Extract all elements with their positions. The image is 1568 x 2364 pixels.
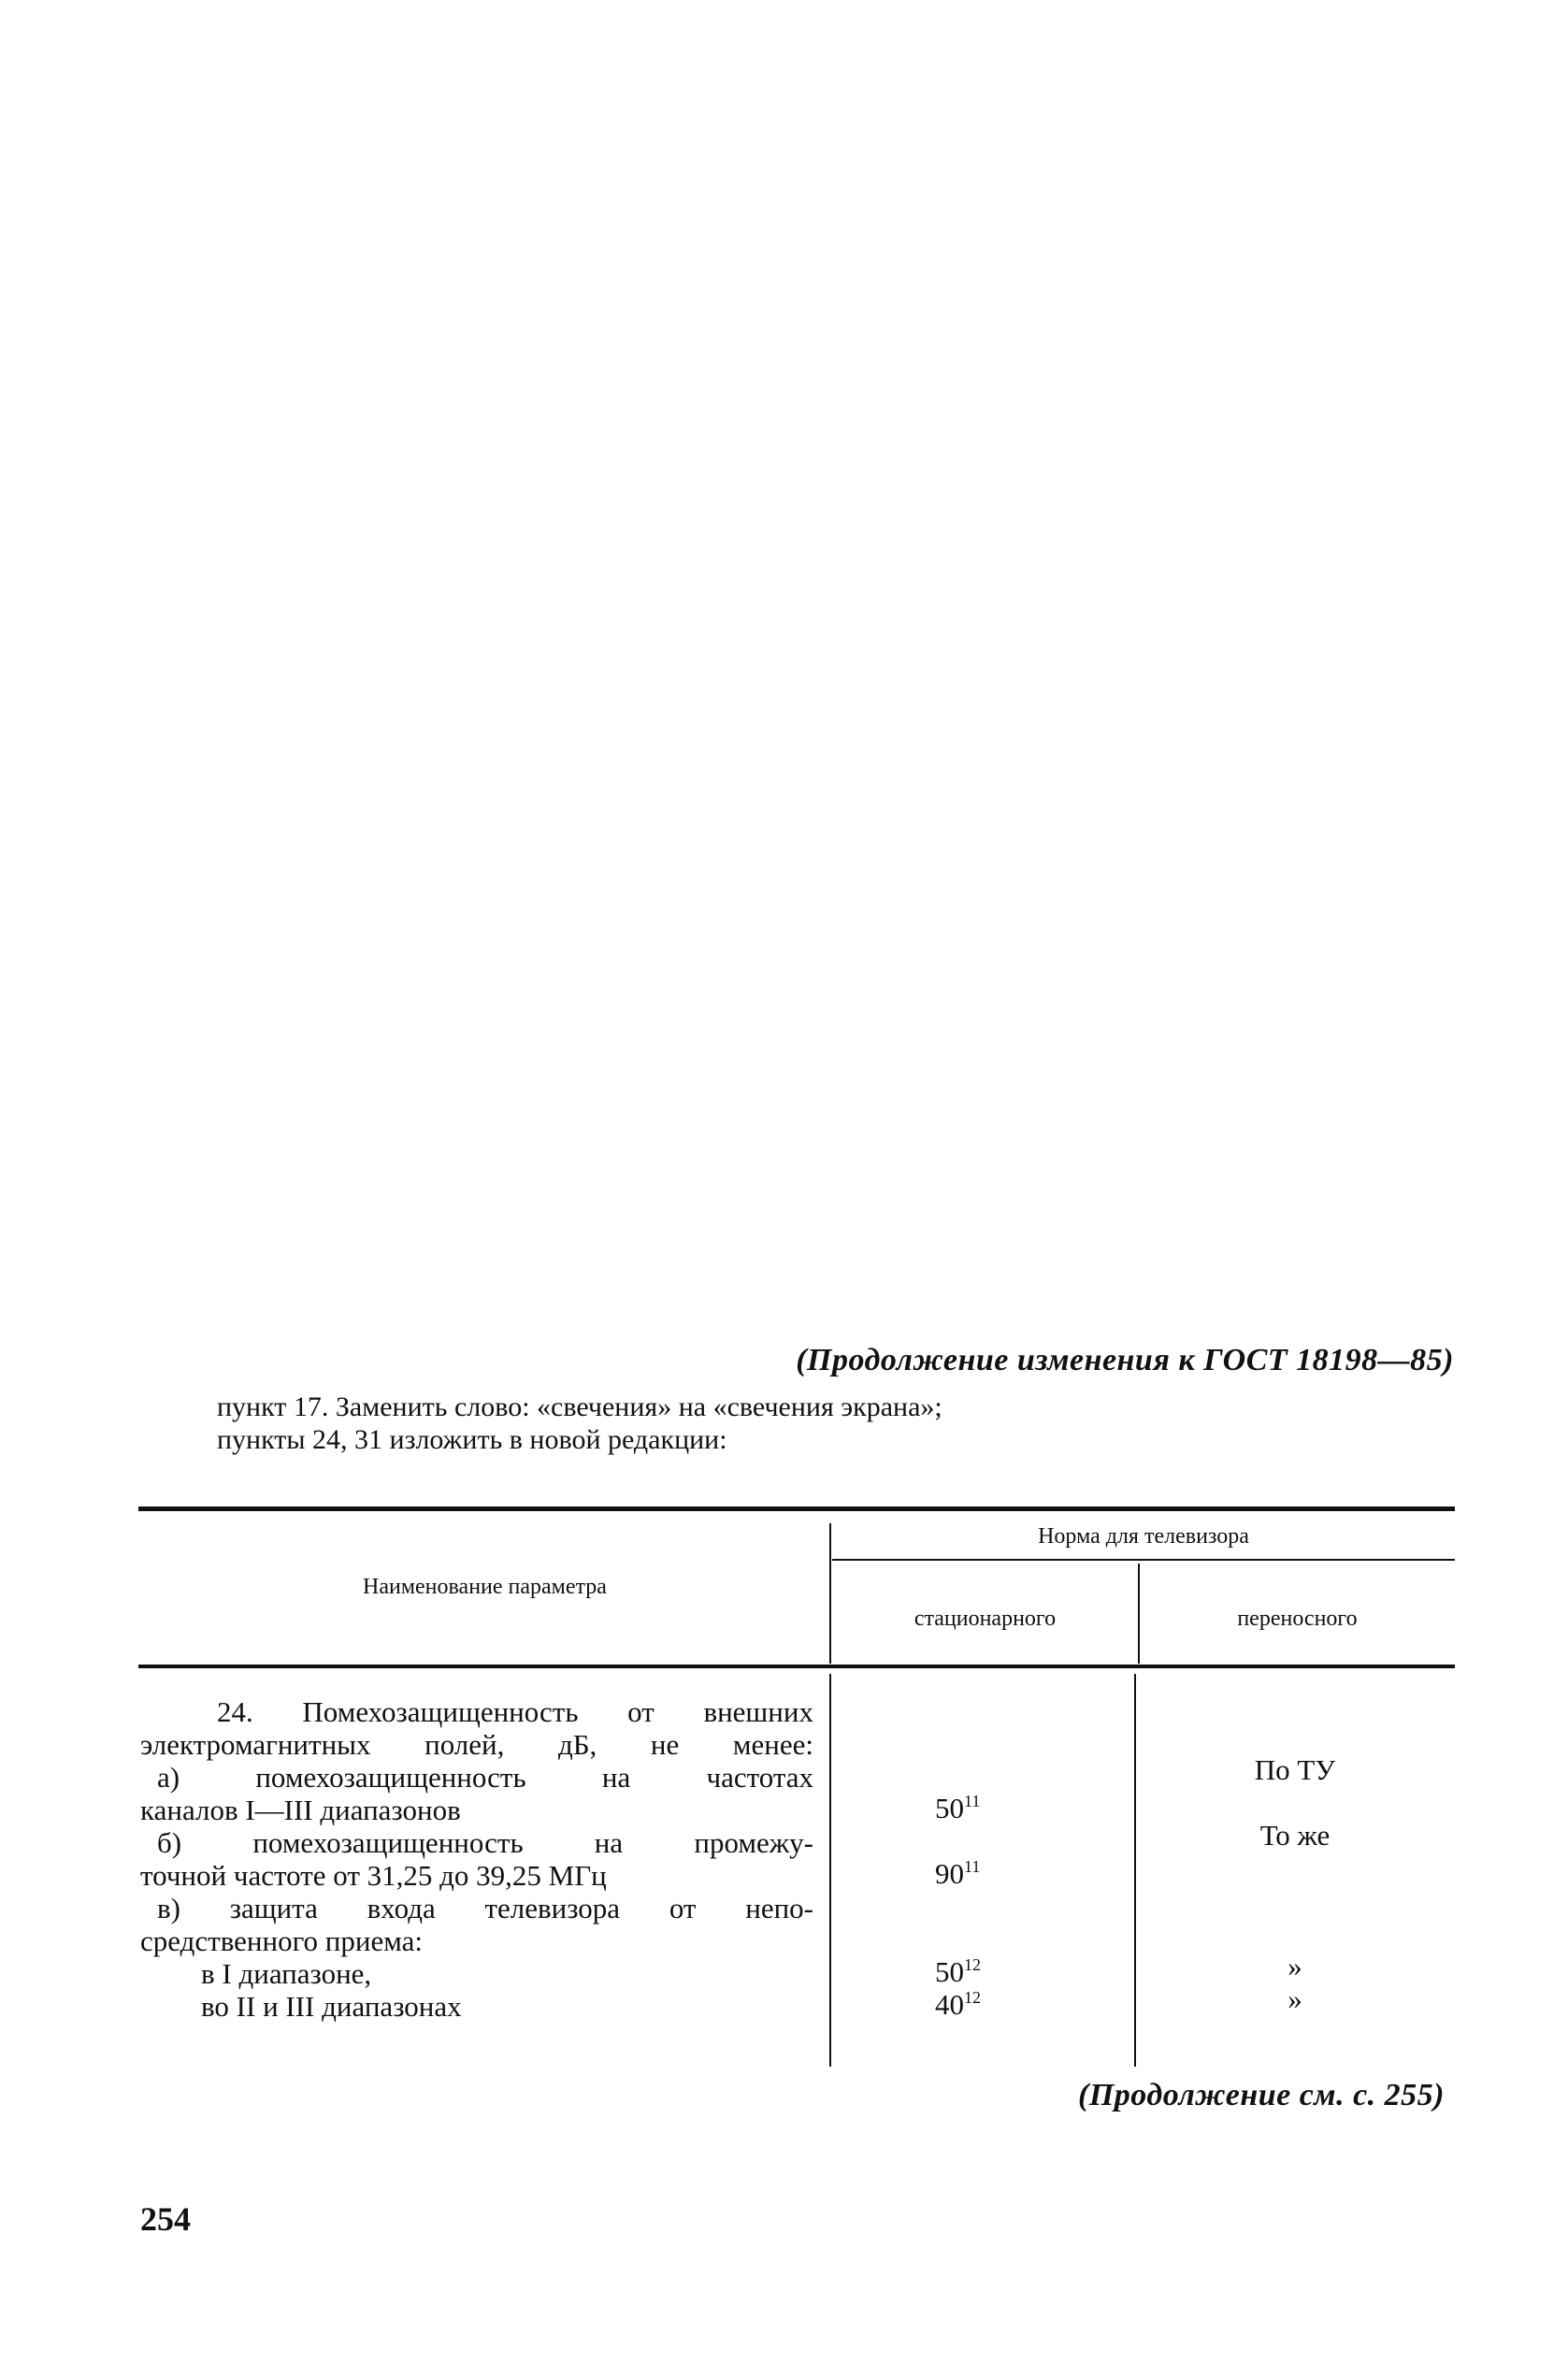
table-row-portable-value: » xyxy=(1136,1950,1454,1983)
intro-line-1: пункт 17. Заменить слово: «свечения» на … xyxy=(217,1391,942,1423)
table-row-parameter: точной частоте от 31,25 до 39,25 МГц xyxy=(140,1859,607,1892)
running-header: (Продолжение изменения к ГОСТ 18198—85) xyxy=(796,1343,1454,1378)
value: 90 xyxy=(935,1857,964,1890)
page-number: 254 xyxy=(140,2199,191,2239)
table-row-stationary-value: 9011 xyxy=(935,1857,980,1891)
table-row-stationary-value: 5012 xyxy=(935,1955,981,1989)
value: 40 xyxy=(935,1988,964,2021)
table-row-portable-value: То же xyxy=(1136,1819,1454,1852)
header-portable: переносного xyxy=(1140,1607,1455,1632)
header-subrule xyxy=(832,1559,1455,1561)
table-row-portable-value: По ТУ xyxy=(1136,1753,1454,1787)
footnote-ref: 11 xyxy=(964,1792,980,1810)
header-stationary: стационарного xyxy=(832,1607,1138,1632)
continuation-note: (Продолжение см. с. 255) xyxy=(1078,2078,1445,2113)
table-row-parameter: средственного приема: xyxy=(140,1924,423,1957)
table-row-parameter: в I диапазоне, xyxy=(201,1957,371,1990)
table-row-parameter: а) помехозащищенность на частотах xyxy=(157,1761,813,1794)
header-parameter: Наименование параметра xyxy=(140,1575,829,1600)
table-row-parameter: во II и III диапазонах xyxy=(201,1990,462,2023)
footnote-ref: 12 xyxy=(964,1988,981,2007)
table-row-parameter: б) помехозащищенность на промежу- xyxy=(157,1826,813,1859)
table-row-stationary-value: 5011 xyxy=(935,1792,980,1825)
header-bottom-rule xyxy=(138,1665,1455,1668)
footnote-ref: 12 xyxy=(964,1955,981,1974)
footnote-ref: 11 xyxy=(964,1857,980,1876)
table-top-rule xyxy=(138,1506,1455,1511)
intro-line-2: пункты 24, 31 изложить в новой редакции: xyxy=(217,1424,727,1456)
col-divider-1-header xyxy=(829,1523,831,1664)
value: 50 xyxy=(935,1792,964,1824)
table-row-parameter: в) защита входа телевизора от непо- xyxy=(157,1892,813,1924)
header-norm-group: Норма для телевизора xyxy=(832,1524,1455,1550)
table-row-stationary-value: 4012 xyxy=(935,1988,981,2022)
table-row-portable-value: » xyxy=(1136,1982,1454,2016)
table-row-parameter: электромагнитных полей, дБ, не менее: xyxy=(140,1728,813,1761)
table-row-parameter: 24. Помехозащищенность от внешних xyxy=(217,1695,813,1728)
value: 50 xyxy=(935,1955,964,1988)
col-divider-1-body xyxy=(829,1674,831,2067)
table-row-parameter: каналов I—III диапазонов xyxy=(140,1794,461,1826)
